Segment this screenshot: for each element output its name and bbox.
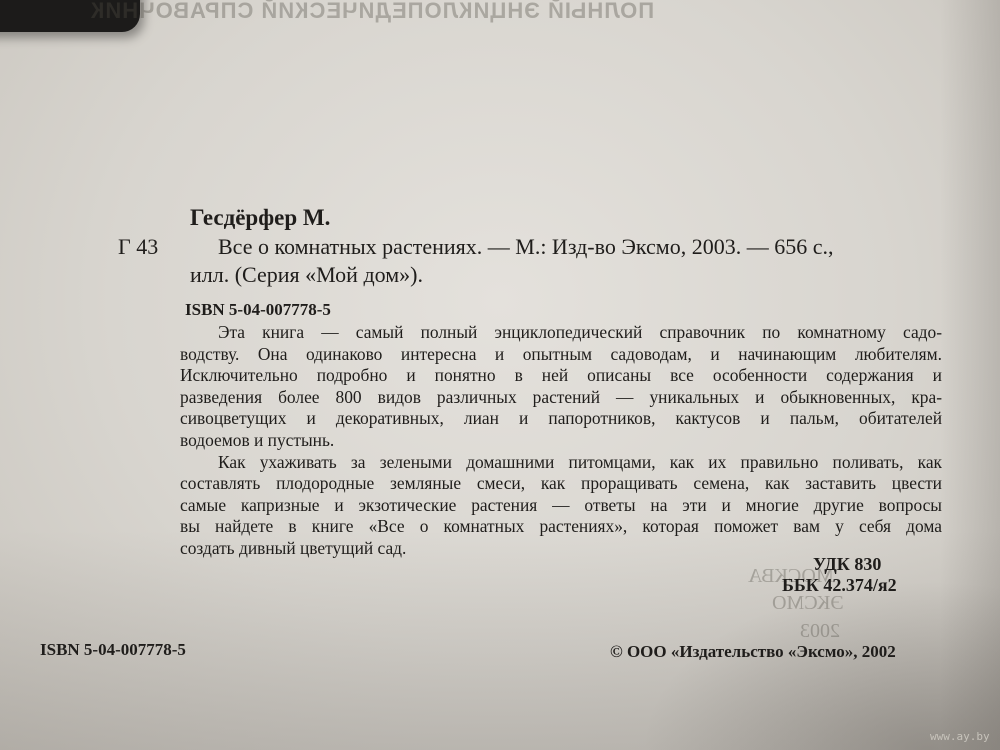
- annotation-line: сивоцветущих и декоративных, лиан и папо…: [180, 408, 942, 430]
- annotation-line: разведения более 800 видов различных рас…: [180, 387, 942, 409]
- isbn-footer: ISBN 5-04-007778-5: [40, 640, 186, 660]
- annotation: Эта книга — самый полный энциклопедическ…: [180, 322, 942, 560]
- annotation-line: составлять плодородные земляные смеси, к…: [180, 473, 942, 495]
- copyright-notice: © ООО «Издательство «Эксмо», 2002: [610, 642, 896, 662]
- author-name: Гесдёрфер М.: [190, 205, 330, 231]
- annotation-paragraph-2: Как ухаживать за зелеными домашними пито…: [180, 452, 942, 560]
- bibliographic-line-2: илл. (Серия «Мой дом»).: [190, 262, 423, 288]
- isbn-catalog: ISBN 5-04-007778-5: [185, 300, 331, 320]
- annotation-line: Как ухаживать за зелеными домашними пито…: [180, 452, 942, 474]
- annotation-line: самые капризные и экзотические растения …: [180, 495, 942, 517]
- bleed-through-stamp-year: 2003: [800, 620, 840, 643]
- watermark: www.ay.by: [930, 730, 990, 743]
- bleed-through-title: ПОЛНЫЙ ЭНЦИКЛОПЕДИЧЕСКИЙ СПРАВОЧНИК: [90, 0, 654, 24]
- annotation-line: водству. Она одинаково интересна и опытн…: [180, 344, 942, 366]
- udk-code: УДК 830: [813, 554, 881, 575]
- annotation-line: Эта книга — самый полный энциклопедическ…: [180, 322, 942, 344]
- author-mark: Г 43: [118, 234, 158, 260]
- annotation-line: вы найдете в книге «Все о комнатных раст…: [180, 516, 942, 538]
- annotation-line: водоемов и пустынь.: [180, 430, 942, 452]
- bbk-code: ББК 42.374/я2: [782, 575, 897, 596]
- annotation-line: Исключительно подробно и понятно в ней о…: [180, 365, 942, 387]
- bibliographic-line-1: Все о комнатных растениях. — М.: Изд-во …: [218, 234, 833, 260]
- annotation-paragraph-1: Эта книга — самый полный энциклопедическ…: [180, 322, 942, 452]
